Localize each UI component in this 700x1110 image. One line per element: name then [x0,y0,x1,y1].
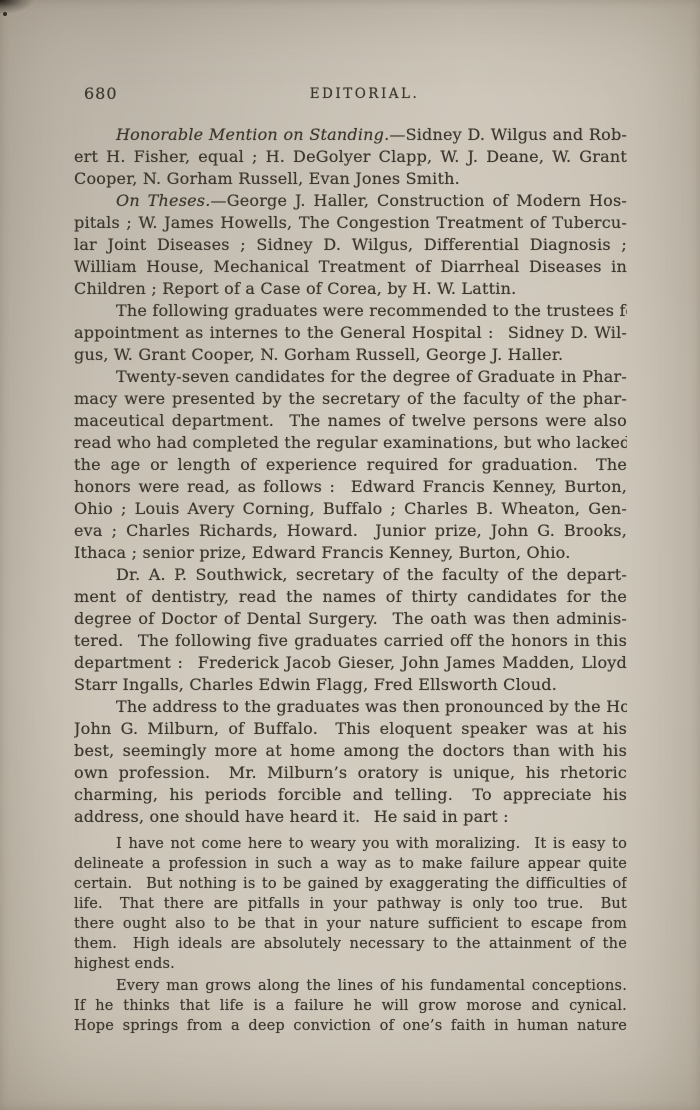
text-line: ment of dentistry, read the names of thi… [74,586,627,608]
text-line: Children ; Report of a Case of Corea, by… [74,278,627,300]
text-line: honors were read, as follows : Edward Fr… [74,476,627,498]
paragraph: The following graduates were recommended… [74,300,627,366]
text-segment: certain. But nothing is to be gained by … [74,876,627,892]
page-header: 680 EDITORIAL. [74,84,627,102]
paragraph: Every man grows along the lines of his f… [74,976,627,1036]
text-line: appointment as internes to the General H… [74,322,627,344]
paragraph: Honorable Mention on Standing.—Sidney D.… [74,124,627,190]
text-line: If he thinks that life is a failure he w… [74,996,627,1016]
text-segment: ert H. Fisher, equal ; H. DeGolyer Clapp… [74,147,627,166]
text-segment: pitals ; W. James Howells, The Congestio… [74,213,627,232]
paragraph: I have not come here to weary you with m… [74,834,627,974]
text-segment: If he thinks that life is a failure he w… [74,998,627,1014]
text-line: Honorable Mention on Standing.—Sidney D.… [74,124,627,146]
text-segment: The address to the graduates was then pr… [116,697,627,716]
text-segment: delineate a profession in such a way as … [74,856,627,872]
text-segment: ment of dentistry, read the names of thi… [74,587,627,606]
text-segment: —George J. Haller, Construction of Moder… [211,191,627,210]
text-segment: Dr. A. P. Southwick, secretary of the fa… [116,565,627,584]
text-line: degree of Doctor of Dental Surgery. The … [74,608,627,630]
text-segment: Ithaca ; senior prize, Edward Francis Ke… [74,543,571,562]
text-line: Hope springs from a deep conviction of o… [74,1016,627,1036]
paragraph: On Theses.—George J. Haller, Constructio… [74,190,627,300]
text-line: Twenty-seven candidates for the degree o… [74,366,627,388]
text-line: highest ends. [74,954,627,974]
text-segment: life. That there are pitfalls in your pa… [74,896,627,912]
text-segment: read who had completed the regular exami… [74,433,627,452]
text-segment: department : Frederick Jacob Gieser, Joh… [74,653,627,672]
page-body: Honorable Mention on Standing.—Sidney D.… [74,124,627,1036]
text-line: macy were presented by the secretary of … [74,388,627,410]
text-line: Ohio ; Louis Avery Corning, Buffalo ; Ch… [74,498,627,520]
text-segment: Ohio ; Louis Avery Corning, Buffalo ; Ch… [74,499,627,518]
text-line: Starr Ingalls, Charles Edwin Flagg, Fred… [74,674,627,696]
text-line: Every man grows along the lines of his f… [74,976,627,996]
text-segment: best, seemingly more at home among the d… [74,741,627,760]
text-line: I have not come here to weary you with m… [74,834,627,854]
text-segment: eva ; Charles Richards, Howard. Junior p… [74,521,627,540]
text-line: William House, Mechanical Treatment of D… [74,256,627,278]
text-line: Dr. A. P. Southwick, secretary of the fa… [74,564,627,586]
text-segment: address, one should have heard it. He sa… [74,807,509,826]
text-line: ert H. Fisher, equal ; H. DeGolyer Clapp… [74,146,627,168]
text-line: lar Joint Diseases ; Sidney D. Wilgus, D… [74,234,627,256]
ink-speck [3,12,7,16]
text-segment: John G. Milburn, of Buffalo. This eloque… [74,719,627,738]
text-segment: maceutical department. The names of twel… [74,411,627,430]
text-segment: Hope springs from a deep conviction of o… [74,1018,627,1034]
text-segment: tered. The following five graduates carr… [74,631,627,650]
text-segment: William House, Mechanical Treatment of D… [74,257,627,276]
text-line: Cooper, N. Gorham Russell, Evan Jones Sm… [74,168,627,190]
text-line: Ithaca ; senior prize, Edward Francis Ke… [74,542,627,564]
text-line: tered. The following five graduates carr… [74,630,627,652]
text-line: The following graduates were recommended… [74,300,627,322]
text-line: the age or length of experience required… [74,454,627,476]
text-segment: degree of Doctor of Dental Surgery. The … [74,609,627,628]
text-segment: Cooper, N. Gorham Russell, Evan Jones Sm… [74,169,460,188]
paragraph: The address to the graduates was then pr… [74,696,627,828]
text-segment: Starr Ingalls, Charles Edwin Flagg, Fred… [74,675,557,694]
text-segment: honors were read, as follows : Edward Fr… [74,477,627,496]
text-line: life. That there are pitfalls in your pa… [74,894,627,914]
text-segment: there ought also to be that in your natu… [74,916,627,932]
paragraph: Twenty-seven candidates for the degree o… [74,366,627,564]
text-segment: Every man grows along the lines of his f… [116,978,627,994]
text-line: department : Frederick Jacob Gieser, Joh… [74,652,627,674]
text-line: delineate a profession in such a way as … [74,854,627,874]
text-segment: own profession. Mr. Milburn’s oratory is… [74,763,627,782]
page-content: 680 EDITORIAL. Honorable Mention on Stan… [74,84,627,1036]
text-line: maceutical department. The names of twel… [74,410,627,432]
text-line: address, one should have heard it. He sa… [74,806,627,828]
text-segment: the age or length of experience required… [74,455,627,474]
text-segment: —Sidney D. Wilgus and Rob- [389,125,627,144]
text-line: gus, W. Grant Cooper, N. Gorham Russell,… [74,344,627,366]
text-segment: charming, his periods forcible and telli… [74,785,627,804]
text-segment: I have not come here to weary you with m… [116,836,627,852]
text-line: The address to the graduates was then pr… [74,696,627,718]
text-line: On Theses.—George J. Haller, Constructio… [74,190,627,212]
text-segment: The following graduates were recommended… [116,301,627,320]
text-line: best, seemingly more at home among the d… [74,740,627,762]
text-line: there ought also to be that in your natu… [74,914,627,934]
italic-lead-in: On Theses. [116,191,211,210]
text-line: them. High ideals are absolutely necessa… [74,934,627,954]
text-segment: Twenty-seven candidates for the degree o… [116,367,627,386]
text-line: eva ; Charles Richards, Howard. Junior p… [74,520,627,542]
text-segment: highest ends. [74,956,175,972]
book-page: 680 EDITORIAL. Honorable Mention on Stan… [0,0,700,1110]
text-segment: them. High ideals are absolutely necessa… [74,936,627,952]
text-segment: appointment as internes to the General H… [74,323,627,342]
text-line: John G. Milburn, of Buffalo. This eloque… [74,718,627,740]
italic-lead-in: Honorable Mention on Standing. [116,125,389,144]
text-segment: macy were presented by the secretary of … [74,389,627,408]
text-line: certain. But nothing is to be gained by … [74,874,627,894]
paragraph: Dr. A. P. Southwick, secretary of the fa… [74,564,627,696]
running-head: EDITORIAL. [88,86,641,102]
text-segment: lar Joint Diseases ; Sidney D. Wilgus, D… [74,235,627,254]
text-line: own profession. Mr. Milburn’s oratory is… [74,762,627,784]
text-segment: Children ; Report of a Case of Corea, by… [74,279,516,298]
text-line: read who had completed the regular exami… [74,432,627,454]
text-line: pitals ; W. James Howells, The Congestio… [74,212,627,234]
text-segment: gus, W. Grant Cooper, N. Gorham Russell,… [74,345,563,364]
text-line: charming, his periods forcible and telli… [74,784,627,806]
